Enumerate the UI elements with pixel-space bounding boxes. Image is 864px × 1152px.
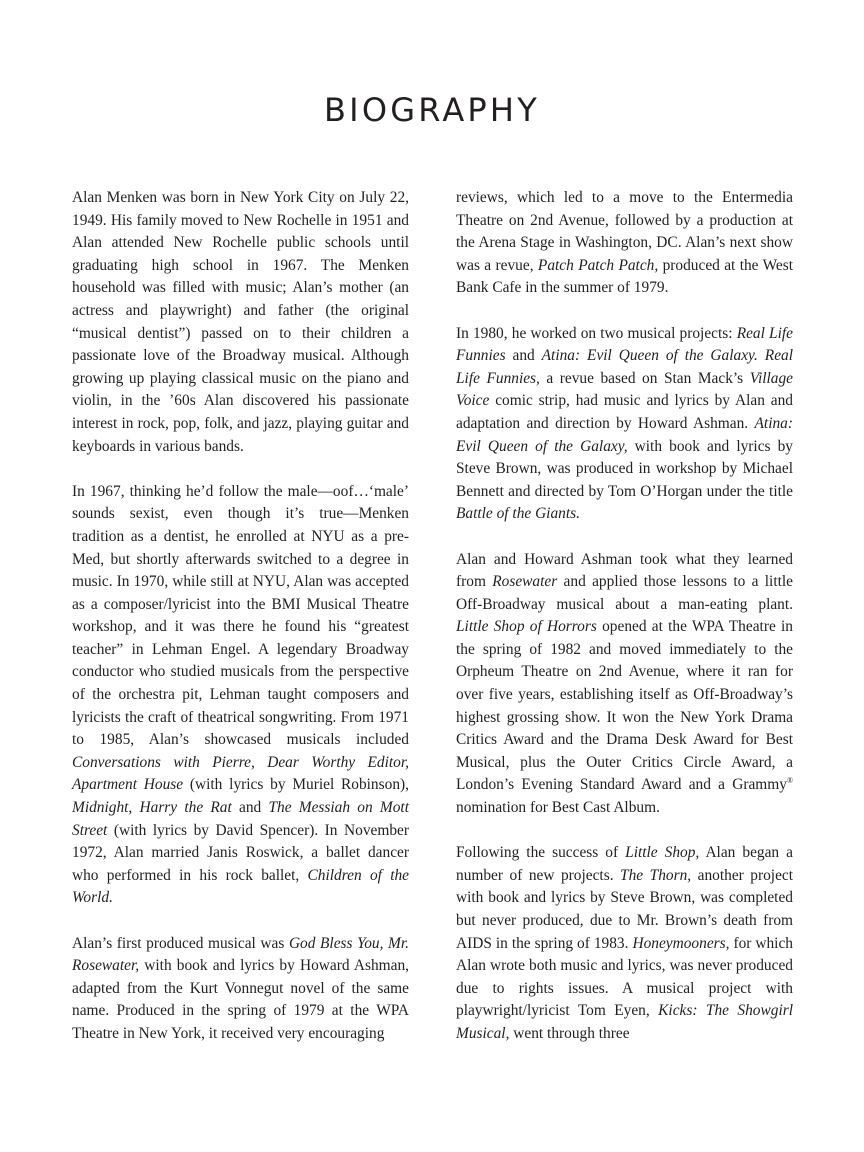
- body-text: a revue based on Stan Mack’s: [540, 370, 750, 387]
- biography-column-left: Alan Menken was born in New York City on…: [72, 187, 409, 1046]
- body-text: Alan’s first produced musical was: [72, 935, 289, 952]
- italic-title-text: Battle of the Giants.: [456, 505, 580, 522]
- biography-paragraph: reviews, which led to a move to the Ente…: [456, 187, 793, 300]
- body-text: Alan Menken was born in New York City on…: [72, 189, 409, 455]
- biography-paragraph: Alan’s first produced musical was God Bl…: [72, 933, 409, 1046]
- biography-column-right: reviews, which led to a move to the Ente…: [456, 187, 793, 1046]
- biography-paragraph: Following the success of Little Shop, Al…: [456, 842, 793, 1045]
- body-text: Following the success of: [456, 844, 625, 861]
- body-text: and: [232, 799, 269, 816]
- italic-title-text: Honeymooners,: [632, 935, 729, 952]
- biography-paragraph: In 1980, he worked on two musical projec…: [456, 323, 793, 526]
- body-text: (with lyrics by Muriel Robinson),: [183, 776, 409, 793]
- italic-title-text: Patch Patch Patch,: [538, 257, 658, 274]
- body-text: opened at the WPA Theatre in the spring …: [456, 618, 793, 793]
- body-text: and: [506, 347, 542, 364]
- registered-mark: ®: [787, 776, 793, 785]
- italic-title-text: Little Shop,: [625, 844, 699, 861]
- biography-paragraph: Alan and Howard Ashman took what they le…: [456, 549, 793, 820]
- body-text: went through three: [509, 1025, 629, 1042]
- page-title: BIOGRAPHY: [0, 90, 864, 130]
- body-text: In 1980, he worked on two musical projec…: [456, 325, 737, 342]
- italic-title-text: Midnight, Harry the Rat: [72, 799, 232, 816]
- body-text: comic strip, had music and lyrics by Ala…: [456, 392, 793, 432]
- italic-title-text: Rosewater: [492, 573, 557, 590]
- body-text: In 1967, thinking he’d follow the male—o…: [72, 483, 409, 749]
- body-text: nomination for Best Cast Album.: [456, 799, 660, 816]
- biography-paragraph: In 1967, thinking he’d follow the male—o…: [72, 481, 409, 910]
- italic-title-text: The Thorn,: [620, 867, 691, 884]
- italic-title-text: Little Shop of Horrors: [456, 618, 597, 635]
- biography-paragraph: Alan Menken was born in New York City on…: [72, 187, 409, 458]
